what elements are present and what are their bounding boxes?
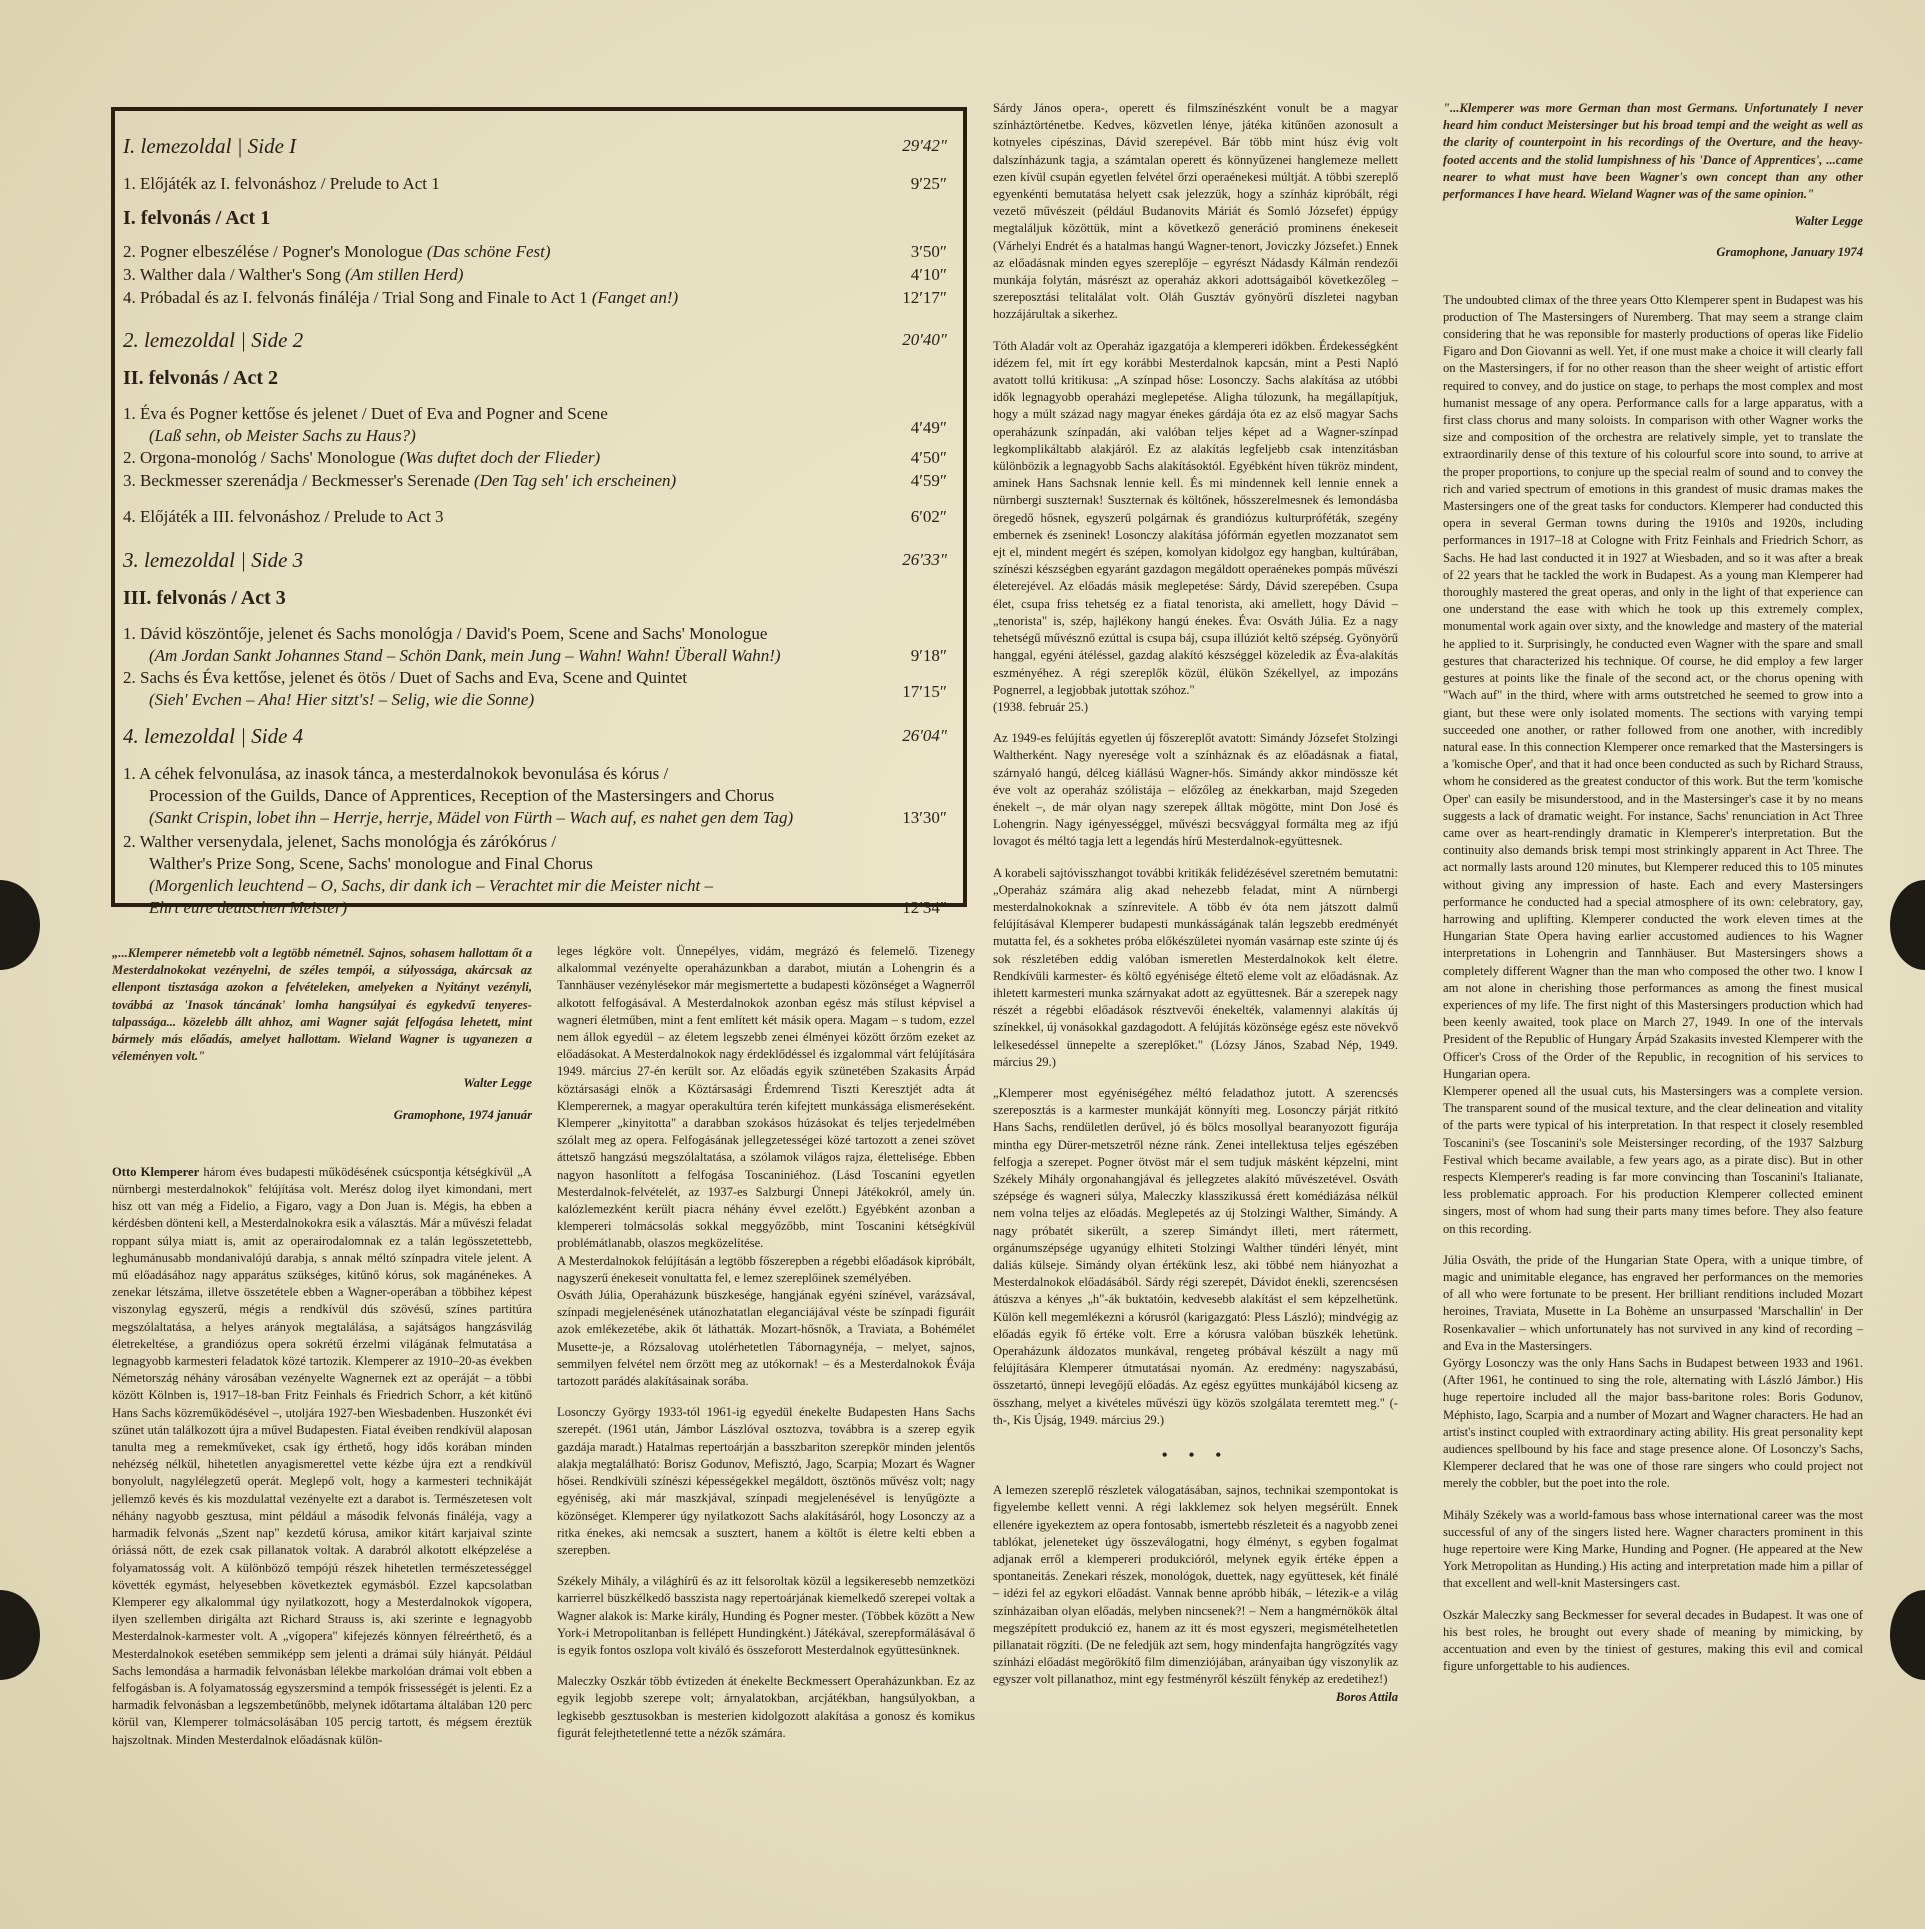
side-3-heading: 3. lemezoldal | Side 3 26′33″ [123, 549, 955, 571]
article-author: Boros Attila [993, 1689, 1398, 1706]
track-row: 2. Orgona-monológ / Sachs' Monologue (Wa… [123, 447, 955, 469]
legge-quote-hu: „...Klemperer németebb volt a legtöbb né… [112, 945, 532, 1065]
column-hungarian-1: „...Klemperer németebb volt a legtöbb né… [112, 945, 532, 1763]
tracklist-box: I. lemezoldal | Side I 29′42″ 1. Előjáté… [111, 107, 967, 907]
side-title: I. lemezoldal | Side I [123, 134, 296, 158]
paragraph: A Mesterdalnokok felújításán a legtöbb f… [557, 1253, 975, 1287]
track-title: 3. Beckmesser szerenádja / Beckmesser's … [123, 471, 470, 490]
track-duration: 9′18″ [911, 645, 947, 667]
act-3-heading: III. felvonás / Act 3 [123, 587, 955, 609]
track-subtitle: (Morgenlich leuchtend – O, Sachs, dir da… [123, 875, 955, 897]
track-title: 1. Éva és Pogner kettőse és jelenet / Du… [123, 404, 608, 423]
paragraph-press-2: „Klemperer most egyéniségéhez méltó fela… [993, 1085, 1398, 1429]
paragraph-szekely-en: Mihály Székely was a world-famous bass w… [1443, 1507, 1863, 1593]
side-duration: 26′04″ [902, 725, 947, 747]
track-title: 2. Sachs és Éva kettőse, jelenet és ötös… [123, 668, 687, 687]
paragraph-osvath: Osváth Júlia, Operaházunk büszkesége, ha… [557, 1287, 975, 1390]
quote-source: Gramophone, January 1974 [1443, 244, 1863, 261]
article-body: három éves budapesti működésének csúcspo… [112, 1165, 532, 1747]
track-subtitle: (Fanget an!) [592, 288, 678, 307]
track-duration: 4′49″ [911, 417, 947, 439]
paragraph-sardy: Sárdy János opera-, operett és filmszíné… [993, 100, 1398, 324]
track-duration: 12′34″ [902, 897, 947, 919]
track-subtitle: (Sieh' Evchen – Aha! Hier sitzt's! – Sel… [123, 689, 955, 711]
track-subtitle: (Was duftet doch der Flieder) [400, 448, 601, 467]
track-duration: 4′10″ [911, 264, 947, 286]
column-hungarian-2: leges légköre volt. Ünnepélyes, vidám, m… [557, 943, 975, 1756]
track-row: 3. Walther dala / Walther's Song (Am sti… [123, 264, 955, 286]
column-hungarian-3: Sárdy János opera-, operett és filmszíné… [993, 100, 1398, 1720]
track-row: 2. Pogner elbeszélése / Pogner's Monolog… [123, 241, 955, 263]
section-separator: • • • [993, 1447, 1398, 1464]
act-2-heading: II. felvonás / Act 2 [123, 367, 955, 389]
track-duration: 4′59″ [911, 470, 947, 492]
sleeve-shadow [1890, 1590, 1925, 1680]
track-title: 4. Előjáték a III. felvonáshoz / Prelude… [123, 507, 444, 526]
paragraph-press: A korabeli sajtóvisszhangot további krit… [993, 865, 1398, 1071]
track-duration: 12′17″ [902, 287, 947, 309]
side-duration: 20′40″ [902, 329, 947, 351]
track-row: 4. Előjáték a III. felvonáshoz / Prelude… [123, 506, 955, 528]
column-english: "...Klemperer was more German than most … [1443, 100, 1863, 1689]
sleeve-shadow [0, 880, 40, 970]
track-title: 2. Walther versenydala, jelenet, Sachs m… [123, 832, 556, 851]
sleeve-shadow [1890, 880, 1925, 970]
track-row: 2. Walther versenydala, jelenet, Sachs m… [123, 831, 955, 919]
track-duration: 13′30″ [902, 807, 947, 829]
track-subtitle: (Laß sehn, ob Meister Sachs zu Haus?) [123, 425, 955, 447]
side-2-heading: 2. lemezoldal | Side 2 20′40″ [123, 329, 955, 351]
track-title: 3. Walther dala / Walther's Song [123, 265, 341, 284]
track-row: 1. Dávid köszöntője, jelenet és Sachs mo… [123, 623, 955, 667]
side-4-heading: 4. lemezoldal | Side 4 26′04″ [123, 725, 955, 747]
track-row: 1. Előjáték az I. felvonáshoz / Prelude … [123, 173, 955, 195]
track-title: 1. Dávid köszöntője, jelenet és Sachs mo… [123, 624, 767, 643]
track-duration: 17′15″ [902, 681, 947, 703]
paragraph-maleczky-en: Oszkár Maleczky sang Beckmesser for seve… [1443, 1607, 1863, 1676]
quote-author: Walter Legge [1443, 213, 1863, 230]
side-duration: 29′42″ [902, 135, 947, 157]
quote-source: Gramophone, 1974 január [112, 1107, 532, 1124]
track-title: 2. Orgona-monológ / Sachs' Monologue [123, 448, 395, 467]
track-duration: 9′25″ [911, 173, 947, 195]
side-title: 3. lemezoldal | Side 3 [123, 548, 303, 572]
lead-name: Otto Klemperer [112, 1165, 199, 1179]
track-subtitle: Ehrt eure deutschen Meister) [123, 897, 955, 919]
track-subtitle: (Am Jordan Sankt Johannes Stand – Schön … [123, 645, 955, 667]
sleeve-shadow [0, 1590, 40, 1680]
track-title-english: Walther's Prize Song, Scene, Sachs' mono… [123, 853, 955, 875]
paragraph-toth: Tóth Aladár volt az Operaház igazgatója … [993, 338, 1398, 699]
paragraph-cuts: Klemperer opened all the usual cuts, his… [1443, 1083, 1863, 1238]
act-1-heading: I. felvonás / Act 1 [123, 207, 955, 229]
track-row: 2. Sachs és Éva kettőse, jelenet és ötös… [123, 667, 955, 711]
paragraph-intro: The undoubted climax of the three years … [1443, 292, 1863, 1083]
track-title: 1. Előjáték az I. felvonáshoz / Prelude … [123, 174, 440, 193]
side-title: 2. lemezoldal | Side 2 [123, 328, 303, 352]
track-duration: 3′50″ [911, 241, 947, 263]
track-row: 1. A céhek felvonulása, az inasok tánca,… [123, 763, 955, 829]
track-title: 4. Próbadal és az I. felvonás fináléja /… [123, 288, 588, 307]
paragraph-losonczy-en: György Losonczy was the only Hans Sachs … [1443, 1355, 1863, 1493]
track-title-english: Procession of the Guilds, Dance of Appre… [123, 785, 955, 807]
citation-date: (1938. február 25.) [993, 699, 1398, 716]
track-title: 2. Pogner elbeszélése / Pogner's Monolog… [123, 242, 423, 261]
paragraph-losonczy: Losonczy György 1933-tól 1961-ig egyedül… [557, 1404, 975, 1559]
paragraph: leges légköre volt. Ünnepélyes, vidám, m… [557, 943, 975, 1253]
side-duration: 26′33″ [902, 549, 947, 571]
side-title: 4. lemezoldal | Side 4 [123, 724, 303, 748]
paragraph-simandy: Az 1949-es felújítás egyetlen új főszere… [993, 730, 1398, 850]
side-1-heading: I. lemezoldal | Side I 29′42″ [123, 135, 955, 157]
track-duration: 4′50″ [911, 447, 947, 469]
paragraph-szekely: Székely Mihály, a világhírű és az itt fe… [557, 1573, 975, 1659]
track-subtitle: (Am stillen Herd) [345, 265, 463, 284]
paragraph-maleczky: Maleczky Oszkár több évtizeden át énekel… [557, 1673, 975, 1742]
quote-author: Walter Legge [112, 1075, 532, 1092]
track-subtitle: (Den Tag seh' ich erscheinen) [474, 471, 676, 490]
track-subtitle: (Sankt Crispin, lobet ihn – Herrje, herr… [123, 807, 955, 829]
paragraph-selection-note: A lemezen szereplő részletek válogatásáb… [993, 1482, 1398, 1688]
paragraph-osvath-en: Júlia Osváth, the pride of the Hungarian… [1443, 1252, 1863, 1355]
track-subtitle: (Das schöne Fest) [427, 242, 551, 261]
track-title: 1. A céhek felvonulása, az inasok tánca,… [123, 764, 668, 783]
track-duration: 6′02″ [911, 506, 947, 528]
track-row: 1. Éva és Pogner kettőse és jelenet / Du… [123, 403, 955, 447]
track-row: 3. Beckmesser szerenádja / Beckmesser's … [123, 470, 955, 492]
legge-quote-en: "...Klemperer was more German than most … [1443, 100, 1863, 203]
record-sleeve-back: I. lemezoldal | Side I 29′42″ 1. Előjáté… [0, 0, 1925, 1929]
track-row: 4. Próbadal és az I. felvonás fináléja /… [123, 287, 955, 309]
